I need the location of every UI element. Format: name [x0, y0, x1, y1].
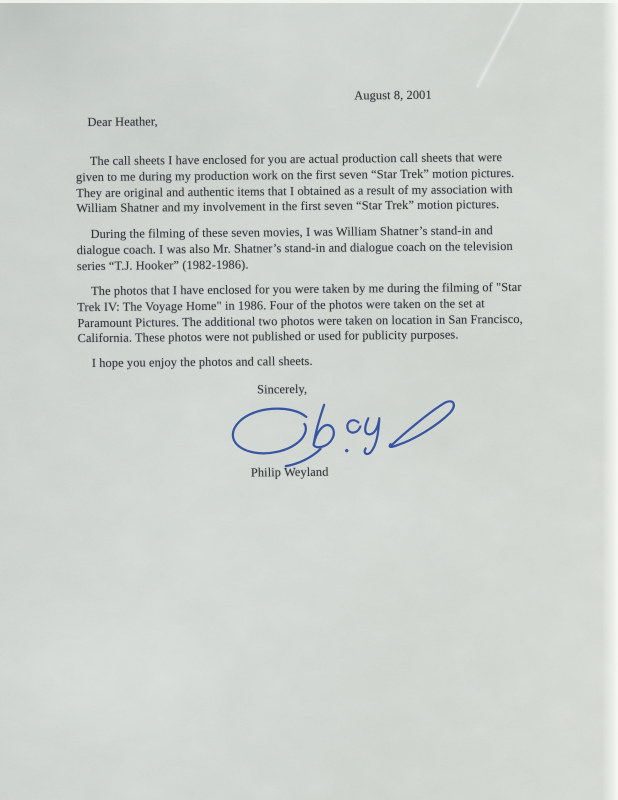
paragraph-4: I hope you enjoy the photos and call she… — [78, 354, 313, 372]
paragraph-2: During the filming of these seven movies… — [76, 223, 513, 275]
paragraph-line: series “T.J. Hooker” (1982-1986). — [77, 255, 513, 275]
paragraph-3: The photos that I have enclosed for you … — [77, 280, 523, 347]
signature-stroke — [233, 408, 307, 453]
signature-stroke — [285, 405, 334, 466]
paragraph-line: California. These photos were not publis… — [77, 327, 523, 347]
signature-stroke — [347, 418, 379, 454]
paragraph-line: William Shatner and my involvement in th… — [76, 197, 514, 217]
paragraph-line: I hope you enjoy the photos and call she… — [78, 354, 313, 372]
letter-date: August 8, 2001 — [354, 88, 432, 104]
letter-body: August 8, 2001 Dear Heather, The call sh… — [0, 0, 618, 800]
scanned-letter-page: August 8, 2001 Dear Heather, The call sh… — [0, 0, 618, 800]
signature — [227, 393, 463, 475]
paragraph-1: The call sheets I have enclosed for you … — [76, 150, 515, 217]
salutation: Dear Heather, — [87, 114, 157, 130]
typed-name: Philip Weyland — [251, 465, 329, 481]
signature-stroke — [389, 401, 454, 447]
